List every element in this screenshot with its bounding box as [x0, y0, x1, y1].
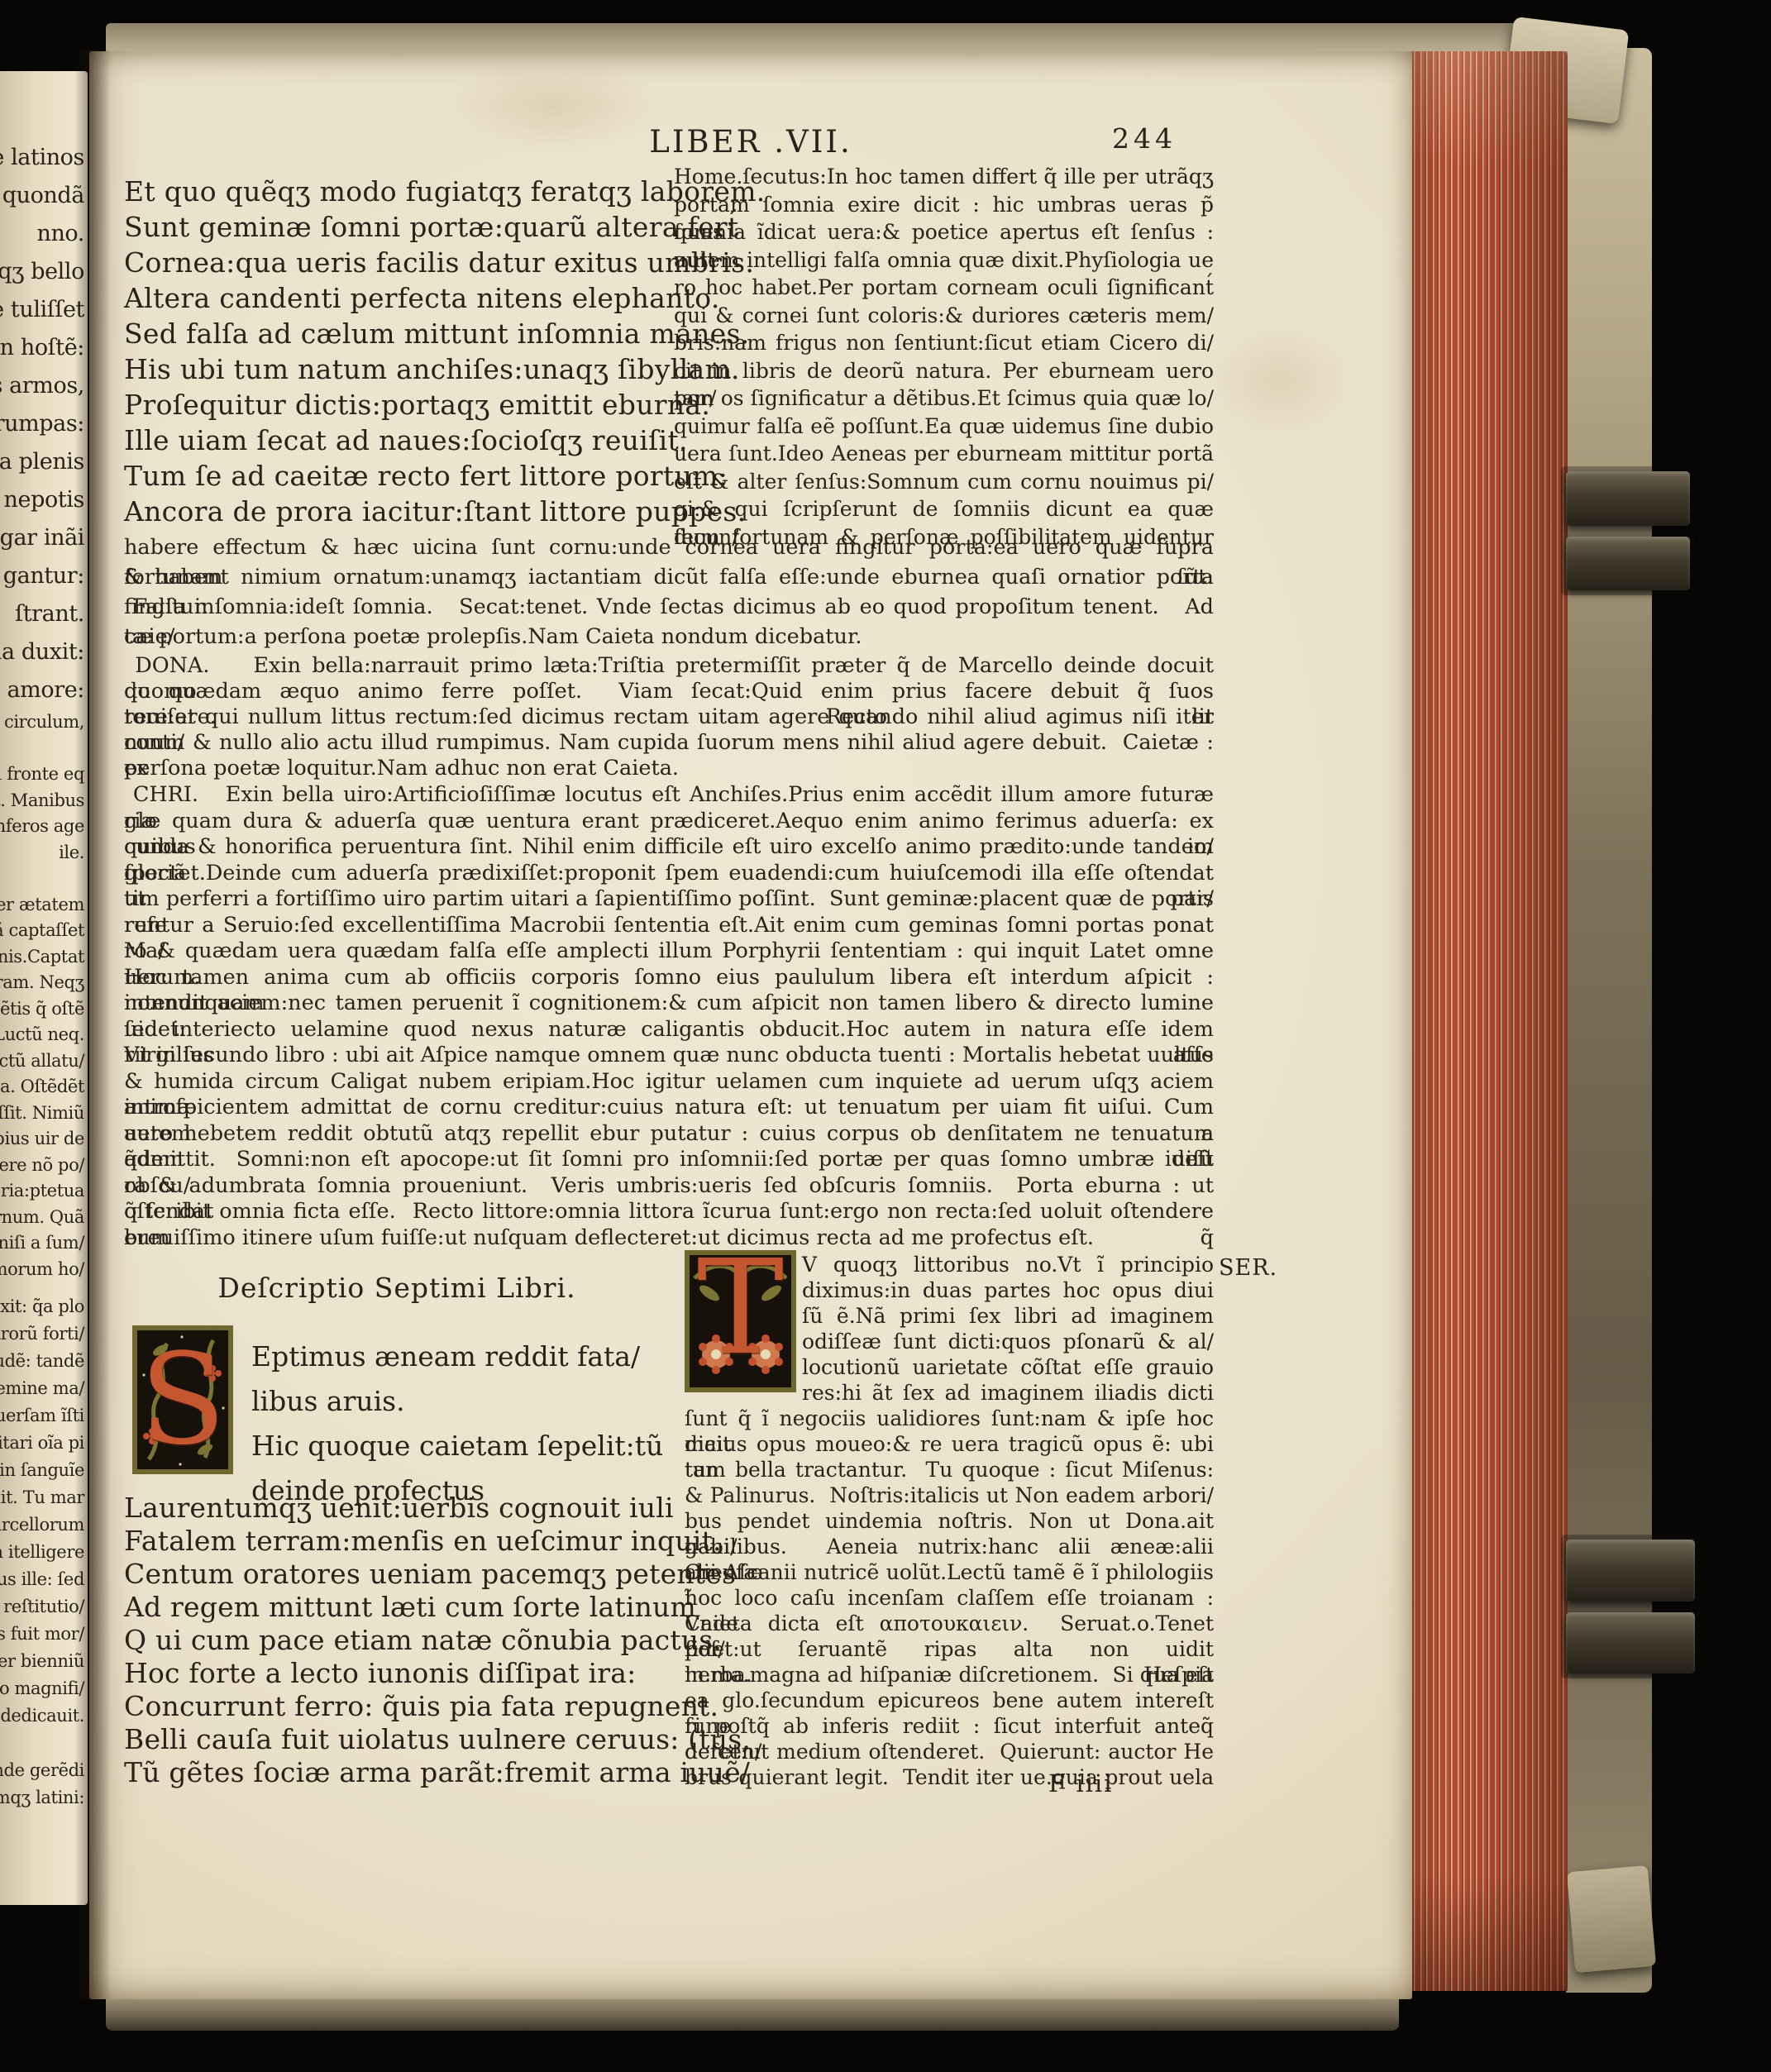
facing-page-text-fragment: tiſſimorum ho/ [0, 1257, 84, 1283]
decorated-initial-s: S [132, 1325, 233, 1474]
facing-page-text-fragment: titudinis.Captat [0, 944, 84, 971]
facing-page-text-fragment: in fronte eq [0, 761, 84, 788]
commentary-line: deret:ut medium oſtenderet. Quierunt: au… [685, 1739, 1214, 1764]
facing-page-text-fragment: otecham dedicauit. [0, 1702, 84, 1730]
commentary-line: bus pendet uindemia noſtris. Non ut Dona… [685, 1508, 1214, 1534]
verse-line: Hoc forte a lecto iunonis diſſipat ira: [124, 1657, 751, 1690]
clasp-strap [1566, 1540, 1695, 1602]
commentary-line: qui & cornei ſunt coloris:& duriores cæt… [674, 302, 1214, 330]
commentary-line: portam ſomnia exire dicit : hic umbras u… [674, 191, 1214, 219]
facing-page-text-fragment: ile. [0, 840, 84, 867]
facing-page-text-fragment: ibus armos, [0, 367, 84, 405]
facing-page-text-fragment: es uniuerſam ĩſti [0, 1402, 84, 1430]
commentary-line: alii Aſcanii nutricẽ uolũt.Lectũ tamẽ ẽ … [685, 1559, 1214, 1585]
commentary-line: rit in ſecundo libro : ubi ait Aſpice na… [124, 1043, 1214, 1069]
verse-line: Tũ gẽtes ſociæ arma parãt:fremit arma iu… [124, 1756, 751, 1789]
facing-page-text-fragment: ſſet ĩ laudẽ: tandẽ [0, 1348, 84, 1375]
clasp-strap [1566, 1612, 1695, 1674]
marginal-note: SER. [1219, 1255, 1277, 1281]
facing-page-text-fragment: o martio magnifi/ [0, 1675, 84, 1702]
commentary-line: perſona poetæ loquitur.Nam adhuc non era… [124, 756, 1214, 781]
facing-page-text-fragment: e latinos [0, 139, 84, 177]
facing-page-text-fragment: am per ætatem [0, 892, 84, 919]
commentary-line: ſomnia ĩdicat uera:& poetice apertus eſt… [674, 218, 1214, 246]
verse-line: Hic quoque caietam ſepelit:tũ [251, 1424, 663, 1468]
commentary-line: hoc loco caſu incenſam claſſem eſſe troi… [685, 1585, 1214, 1611]
verse-line: Q ui cum pace etiam natæ cõnubia pactus. [124, 1624, 751, 1657]
facing-page-text-fragment: ummã captaſſet [0, 918, 84, 944]
commentary-line: Falſa inſomnia:ideſt ſomnia. Secat:tenet… [124, 592, 1214, 622]
commentary-column: Home.ſecutus:In hoc tamen differt q̃ ill… [674, 163, 1214, 551]
commentary-line: cunda & honorifica peruentura ſint. Nihi… [124, 834, 1214, 861]
facing-page-text-fragment: la eſt niſi a ſum/ [0, 1230, 84, 1257]
facing-page-text-fragment: qʒ nepotis [0, 481, 84, 519]
commentary-line: Hoc tamen anima cum ab officiis corporis… [124, 965, 1214, 991]
commentary-line: q̃ ſcribit omnia ficta eſſe. Recto litto… [124, 1199, 1214, 1225]
facing-page-text-fragment: aqʒ bello [0, 253, 84, 291]
verse-line: His ubi tum natum anchiſes:unaqʒ ſibylla… [124, 351, 695, 387]
commentary-line: ſed interiecto uelamine quod nexus natur… [124, 1017, 1214, 1043]
facing-page-text-fragment: nno. [0, 215, 84, 253]
verse-line: Centum oratores ueniam pacemqʒ petentes [124, 1558, 751, 1591]
section-heading: Deſcriptio Septimi Libri. [124, 1272, 670, 1304]
commentary-line: ri poſtq̃ ab inferis rediit : ſicut inte… [685, 1713, 1214, 1739]
commentary-line: quimur falſa eẽ poſſunt.Ea quæ uidemus ſ… [674, 413, 1214, 441]
verse-line: Altera candenti perfecta nitens elephant… [124, 280, 695, 316]
facing-page-text-fragment: d inferos age [0, 814, 84, 840]
facing-page-text-fragment [0, 736, 84, 762]
commentary-column-lower: ſunt q̃ ĩ negociis ualidiores ſunt:nam &… [685, 1406, 1214, 1790]
facing-page-text-fragment: et. Luctũ neq. [0, 1022, 84, 1048]
paper-stain [1205, 324, 1354, 440]
commentary-line: riæ quam dura & aduerſa quæ uentura eran… [124, 809, 1214, 835]
commentary-line: uera ſunt.Ideo Aeneas per eburneam mitti… [674, 440, 1214, 468]
clasp-strap [1566, 537, 1690, 591]
facing-page-text-fragment: iſi luctũ allatu/ [0, 1048, 84, 1075]
facing-page-text-fragment: iſcos fuit. Tu mar [0, 1484, 84, 1511]
facing-page-text-fragment: oſſit. Nimiũ [0, 1100, 84, 1127]
commentary-line: in.ma.magna ad hiſpaniæ diſcretionem. Si… [685, 1662, 1214, 1688]
commentary-line: res:hi ãt ſex ad imaginem iliadis dicti [802, 1380, 1214, 1406]
facing-page-text-fragment: ore nepos fuit mor/ [0, 1621, 84, 1648]
verse-column: Et quo quẽqʒ modo fugiatqʒ feratqʒ labor… [124, 174, 695, 529]
facing-page-text-fragment: it re militari oĩa pi [0, 1430, 84, 1457]
commentary-line: ra & adumbrata ſomnia proueniunt. Veris … [124, 1173, 1214, 1200]
commentary-line: tæ portum:a perſona poetæ prolepſis.Nam … [124, 622, 1214, 652]
facing-page-text-fragment: amore: [0, 671, 84, 709]
clasp-strap [1566, 471, 1690, 526]
commentary-line: autem intelligi falſa omnia quæ dixit.Ph… [674, 246, 1214, 275]
commentary-line: Home.ſecutus:In hoc tamen differt q̃ ill… [674, 163, 1214, 191]
folio-number: 244 [1112, 122, 1177, 155]
book-photograph: e latinosula quondãnno.aqʒ bellone tuliſ… [0, 0, 1771, 2072]
facing-page-text-fragment [0, 1730, 84, 1757]
clasp-bottom [1561, 1535, 1700, 1678]
facing-page-text-fragment: doleſcẽtis q̃ oſtẽ [0, 996, 84, 1023]
facing-page-text-fragment: blica. Oſtẽdẽt [0, 1074, 84, 1100]
facing-page-text-fragment: e circulum, [0, 709, 84, 736]
verse-line: Sed falſa ad cælum mittunt inſomnia mane… [124, 316, 695, 351]
binding-corner-bottom [1567, 1865, 1656, 1973]
commentary-line: runtur a Seruio:ſed excellentiſſima Macr… [124, 913, 1214, 939]
commentary-line: gi:& qui ſcripſerunt de ſomniis dicunt e… [674, 495, 1214, 523]
commentary-line: do quædam æquo animo ferre poſſet. Viam … [124, 679, 1214, 704]
commentary-line: ro hoc habet.Per portam corneam oculi ſi… [674, 274, 1214, 302]
decorated-initial-t: T [685, 1250, 796, 1392]
clasp-top [1561, 466, 1695, 595]
facing-page-text-fragment [0, 866, 84, 892]
facing-page-text-fragment: er in hoſtẽ: [0, 329, 84, 367]
commentary-line: CHRI. Exin bella uiro:Artificioſiſſimæ l… [124, 782, 1214, 809]
facing-page-text-fragment: ed ẽt uirorũ forti/ [0, 1320, 84, 1348]
facing-page-fragments-top: e latinosula quondãnno.aqʒ bellone tuliſ… [0, 139, 84, 709]
commentary-line: ſunt q̃ ĩ negociis ualidiores ſunt:nam &… [685, 1406, 1214, 1431]
red-sprinkled-fore-edge [1406, 51, 1568, 1991]
facing-page-text-fragment: nõ ſolũ in ſanguĩe [0, 1457, 84, 1484]
verse-line: Cornea:qua ueris facilis datur exitus um… [124, 245, 695, 280]
commentary-full-width: habere effectum & hæc uicina ſunt cornu:… [124, 532, 1214, 652]
commentary-line: eſt & alter ſenſus:Somnum cum cornu noui… [674, 468, 1214, 496]
initial-letter-s: S [132, 1327, 233, 1473]
commentary-line: & humida circum Caligat nubem eripiam.Ho… [124, 1069, 1214, 1096]
facing-page-text-fragment: ula quondã [0, 177, 84, 215]
verse-line: Fatalem terram:menſis en ueſcimur inquit… [124, 1525, 751, 1558]
facing-page-text-fragment: a rumpas: [0, 405, 84, 443]
initial-letter-t: T [685, 1250, 796, 1379]
verse-line: Tum ſe ad caeitæ recto fert littore port… [124, 458, 695, 494]
facing-page-text-fragment: ilia plenis [0, 443, 84, 481]
commentary-line: ſpectet.Deinde cum aduerſa prædixiſſet:p… [124, 861, 1214, 887]
commentary-line: & habent nimium ornatum:unamqʒ iactantia… [124, 562, 1214, 592]
lemma-paragraph-chri: CHRI. Exin bella uiro:Artificioſiſſimæ l… [124, 782, 1214, 1251]
commentary-line: ſidet:ut ſeruantẽ ripas alta non uidit h… [685, 1636, 1214, 1662]
facing-page-text-fragment: bemqʒ latini: [0, 1784, 84, 1812]
commentary-line: ea glo.ſecundum epicureos bene autem int… [685, 1688, 1214, 1713]
commentary-beside-initial: V quoqʒ littoribus no.Vt ĩ principiodixi… [802, 1252, 1214, 1406]
commentary-line: intendit aciem:nec tamen peruenit ĩ cogn… [124, 991, 1214, 1017]
facing-page-text-fragment: omaſiam itelligere [0, 1539, 84, 1566]
verse-line: Belli cauſa fuit uiolatus uulnere ceruus… [124, 1723, 751, 1756]
facing-page-text-fragment: Propria:ptetua [0, 1178, 84, 1205]
facing-page-text-fragment: ſtrant. [0, 595, 84, 633]
facing-page-text-fragment: ne tuliſſet [0, 291, 84, 329]
facing-page-text-fragment: turnum. Quã [0, 1205, 84, 1231]
commentary-line: Caieta dicta eſt αποτουκαιειν. Seruat.o.… [685, 1611, 1214, 1636]
verse-column-lower: Laurentumqʒ uenit:uerbis cognouit iuliFa… [124, 1492, 751, 1789]
facing-page-text-fragment: gantur: [0, 557, 84, 595]
verse-line: Laurentumqʒ uenit:uerbis cognouit iuli [124, 1492, 751, 1525]
verse-line: Et quo quẽqʒ modo fugiatqʒ feratqʒ labor… [124, 174, 695, 209]
verse-line: Ancora de prora iacitur:ſtant littore pu… [124, 494, 695, 529]
verse-line: Eptimus æneam reddit fata/ [251, 1334, 663, 1379]
book-bottom-edge [106, 1994, 1399, 2031]
verse-line: Sunt geminæ ſomni portæ:quarũ altera fer… [124, 209, 695, 245]
commentary-line: ſũ ẽ.Nã primi ſex libri ad imaginem [802, 1303, 1214, 1329]
signature-mark: F iiii [1048, 1769, 1113, 1797]
commentary-line: uero hebetem reddit obtutũ atqʒ repellit… [124, 1121, 1214, 1148]
facing-page-text-fragment: nt:de nemine ma/ [0, 1375, 84, 1402]
facing-page-text-fragment: deinde gerẽdi [0, 1757, 84, 1784]
verse-line: Ad regem mittunt læti cum ſorte latinum [124, 1591, 751, 1624]
facing-page-text-fragment: ro cuius reſtitutio/ [0, 1593, 84, 1621]
verse-line: libus aruis. [251, 1379, 663, 1424]
facing-page-text-fragment: nuiſuram. Neqʒ [0, 970, 84, 996]
commentary-line: tam os ſignificatur a dẽtibus.Et ſcimus … [674, 384, 1214, 413]
commentary-line: bris:nam frigus non ſentiunt:ſicut etiam… [674, 329, 1214, 357]
facing-page-text-fragment: ula duxit: [0, 633, 84, 671]
commentary-line: nuum & nullo alio actu illud rumpimus. N… [124, 730, 1214, 756]
commentary-line: DONA. Exin bella:narrauit primo læta:Tri… [124, 653, 1214, 679]
commentary-line: tum bella tractantur. Tu quoque : ſicut … [685, 1457, 1214, 1482]
facing-page-text-fragment: t. Manibus [0, 788, 84, 814]
verse-line: Proſequitur dictis:portaqʒ emittit eburn… [124, 387, 695, 423]
running-title: LIBER .VII. [519, 124, 982, 160]
page: LIBER .VII. 244 Et quo quẽqʒ modo fugiat… [89, 51, 1412, 1999]
facing-page-text-fragment: ungar inãi [0, 519, 84, 557]
commentary-line: tim perferri a fortiſſimo uiro partim ui… [124, 886, 1214, 913]
commentary-line: locutionũ uarietate cõſtat eſſe grauio [802, 1354, 1214, 1380]
commentary-line: V quoqʒ littoribus no.Vt ĩ principio [802, 1252, 1214, 1277]
commentary-line: cit in libris de deorũ natura. Per eburn… [674, 357, 1214, 385]
verse-beside-initial: Eptimus æneam reddit fata/libus aruis.Hi… [251, 1334, 663, 1513]
facing-page-fragments-middle: e circulum,in fronte eqt. Manibusd infer… [0, 709, 84, 1282]
commentary-line: breuiſſimo itinere uſum fuiſſe:ut nuſqua… [124, 1225, 1214, 1252]
lemma-paragraph-dona: DONA. Exin bella:narrauit primo læta:Tri… [124, 653, 1214, 781]
facing-page-text-fragment: ium marcellorum [0, 1511, 84, 1539]
commentary-line: diximus:in duas partes hoc opus diui [802, 1277, 1214, 1303]
commentary-line: introſpicientem admittat de cornu credit… [124, 1095, 1214, 1121]
commentary-line: odiſſeæ ſunt dicti:quos pſonarũ & al/ [802, 1329, 1214, 1354]
commentary-line: habere effectum & hæc uicina ſunt cornu:… [124, 532, 1214, 562]
facing-page-text-fragment: eſcente per bienniũ [0, 1648, 84, 1675]
commentary-line: maius opus moueo:& re uera tragicũ opus … [685, 1431, 1214, 1457]
facing-page-text-fragment: accidere nõ po/ [0, 1153, 84, 1179]
verse-line: Concurrunt ferro: q̃uis pia fata repugne… [124, 1690, 751, 1723]
verse-line: Ille uiam ſecat ad naues:ſocioſqʒ reuiſi… [124, 423, 695, 458]
commentary-line: gabilibus. Aeneia nutrix:hanc alii æneæ:… [685, 1534, 1214, 1559]
commentary-line: ro & quædam uera quædam falſa eſſe ample… [124, 938, 1214, 965]
commentary-line: admittit. Somni:non eſt apocope:ut ſit ſ… [124, 1147, 1214, 1173]
binding-parchment [1566, 48, 1652, 1993]
facing-page-text-fragment: nõ amplius ille: ſed [0, 1566, 84, 1593]
commentary-line: & Palinurus. Noſtris:italicis ut Non ead… [685, 1482, 1214, 1508]
gutter-shadow [74, 50, 111, 1999]
facing-page-text-fragment: tã pius uir de [0, 1126, 84, 1153]
facing-page-fragments-bottom: e dixit: q̃a ploed ẽt uirorũ forti/ſſet … [0, 1293, 84, 1812]
commentary-line: brus quierant legit. Tendit iter ue.quia… [685, 1764, 1214, 1790]
commentary-line: tore:at qui nullum littus rectum:ſed dic… [124, 704, 1214, 730]
facing-page-text-fragment: e dixit: q̃a plo [0, 1293, 84, 1320]
